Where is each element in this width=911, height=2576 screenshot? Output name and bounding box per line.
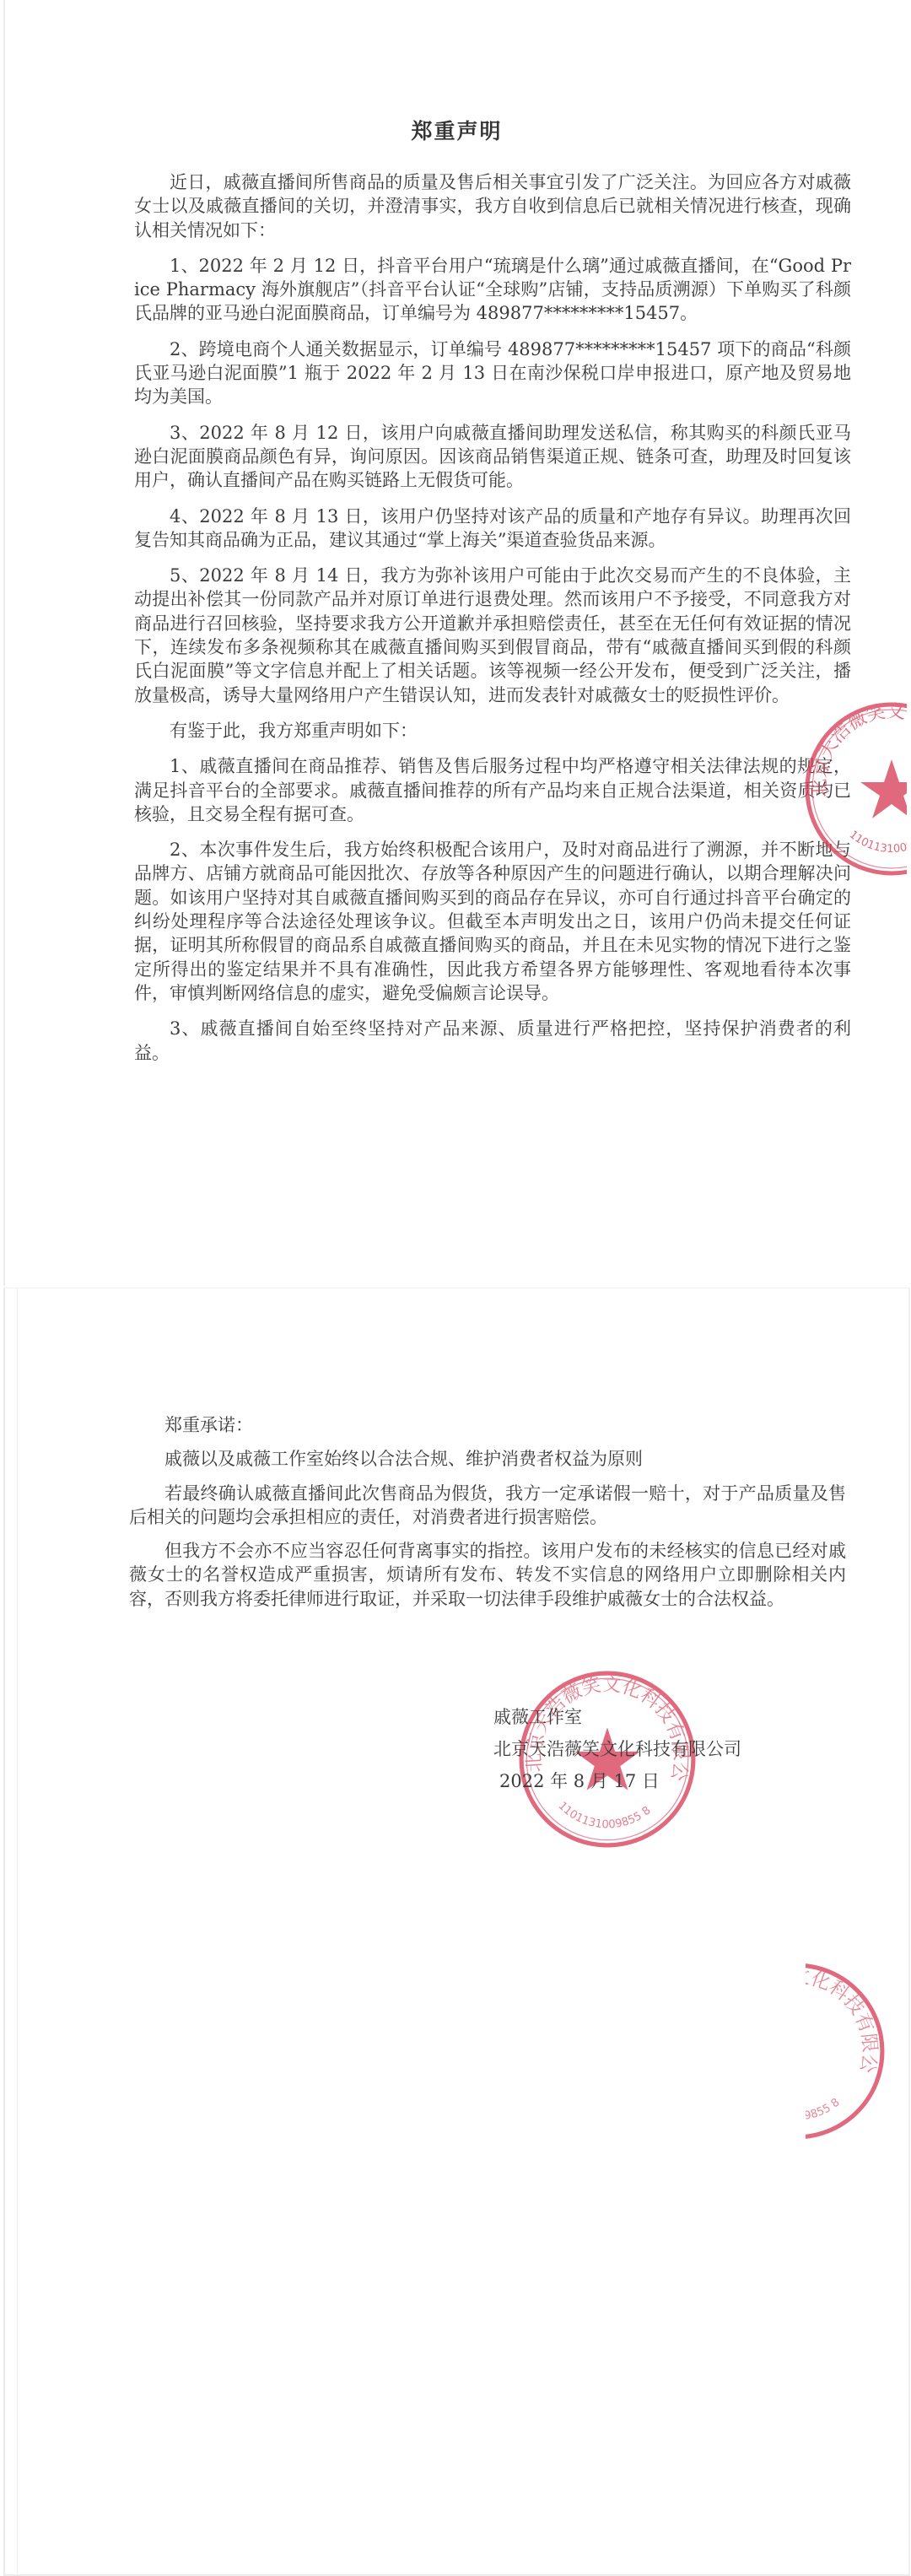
svg-text:北京天浩薇笑文化科技有限公司: 北京天浩薇笑文化科技有限公司 <box>806 1961 881 2075</box>
fact-item-5: 5、2022 年 8 月 14 日，我方为弥补该用户可能由于此次交易而产生的不良… <box>134 564 851 707</box>
svg-text:1101131009855 8: 1101131009855 8 <box>806 2092 843 2124</box>
document-page-1: 郑重声明 近日，戚薇直播间所售商品的质量及售后相关事宜引发了广泛关注。为回应各方… <box>3 0 908 1286</box>
company-seal-edge-icon: 北京天浩薇笑文化科技有限公司 1101131009855 8 <box>806 1961 887 2141</box>
svg-text:北京天浩薇笑文化科技有限公司: 北京天浩薇笑文化科技有限公司 <box>803 700 907 808</box>
declaration-item-1: 1、戚薇直播间在商品推荐、销售及售后服务过程中均严格遵守相关法律法规的规定，满足… <box>134 754 851 826</box>
signature-company: 北京天浩薇笑文化科技有限公司 <box>493 1733 741 1765</box>
fact-item-4: 4、2022 年 8 月 13 日，该用户仍坚持对该产品的质量和产地存有异议。助… <box>134 505 851 553</box>
svg-text:110113100985 58: 110113100985 58 <box>847 824 907 856</box>
declaration-item-2: 2、本次事件发生后，我方始终积极配合该用户，及时对商品进行了溯源，并不断地与品牌… <box>134 838 851 1005</box>
commitment-body: 郑重承诺： 戚薇以及戚薇工作室始终以合法合规、维护消费者权益为原则 若最终确认戚… <box>129 1413 846 1621</box>
commitment-principle: 戚薇以及戚薇工作室始终以合法合规、维护消费者权益为原则 <box>129 1447 846 1471</box>
fact-item-3: 3、2022 年 8 月 12 日，该用户向戚薇直播间助理发送私信，称其购买的科… <box>134 421 851 493</box>
document-title: 郑重声明 <box>5 115 908 145</box>
declaration-heading: 有鉴于此，我方郑重声明如下： <box>134 719 851 743</box>
commitment-compensation: 若最终确认戚薇直播间此次售商品为假货，我方一定承诺假一赔十，对于产品质量及售后相… <box>129 1482 846 1530</box>
company-seal-icon: 北京天浩薇笑文化科技有限公司 110113100985 58 <box>803 700 907 878</box>
commitment-heading: 郑重承诺： <box>129 1413 846 1437</box>
fact-item-2: 2、跨境电商个人通关数据显示，订单编号 489877*********15457… <box>134 338 851 409</box>
signature-studio: 戚薇工作室 <box>493 1701 741 1733</box>
intro-paragraph: 近日，戚薇直播间所售商品的质量及售后相关事宜引发了广泛关注。为回应各方对戚薇女士… <box>134 170 851 242</box>
seal-clip-page1: 北京天浩薇笑文化科技有限公司 110113100985 58 <box>793 692 907 886</box>
fact-item-1: 1、2022 年 2 月 12 日，抖音平台用户“琉璃是什么璃”通过戚薇直播间，… <box>134 254 851 326</box>
declaration-item-3: 3、戚薇直播间自始至终坚持对产品来源、质量进行严格把控，坚持保护消费者的利益。 <box>134 1017 851 1065</box>
signature-date: 2022 年 8 月 17 日 <box>493 1765 741 1797</box>
commitment-legal-warning: 但我方不会亦不应当容忍任何背离事实的指控。该用户发布的未经核实的信息已经对戚薇女… <box>129 1539 846 1611</box>
seal-clip-page2: 北京天浩薇笑文化科技有限公司 1101131009855 8 <box>806 1958 907 2147</box>
statement-body: 近日，戚薇直播间所售商品的质量及售后相关事宜引发了广泛关注。为回应各方对戚薇女士… <box>134 170 851 1077</box>
page-edge-line <box>17 1288 18 2574</box>
signature-block: 戚薇工作室 北京天浩薇笑文化科技有限公司 2022 年 8 月 17 日 <box>493 1701 741 1797</box>
